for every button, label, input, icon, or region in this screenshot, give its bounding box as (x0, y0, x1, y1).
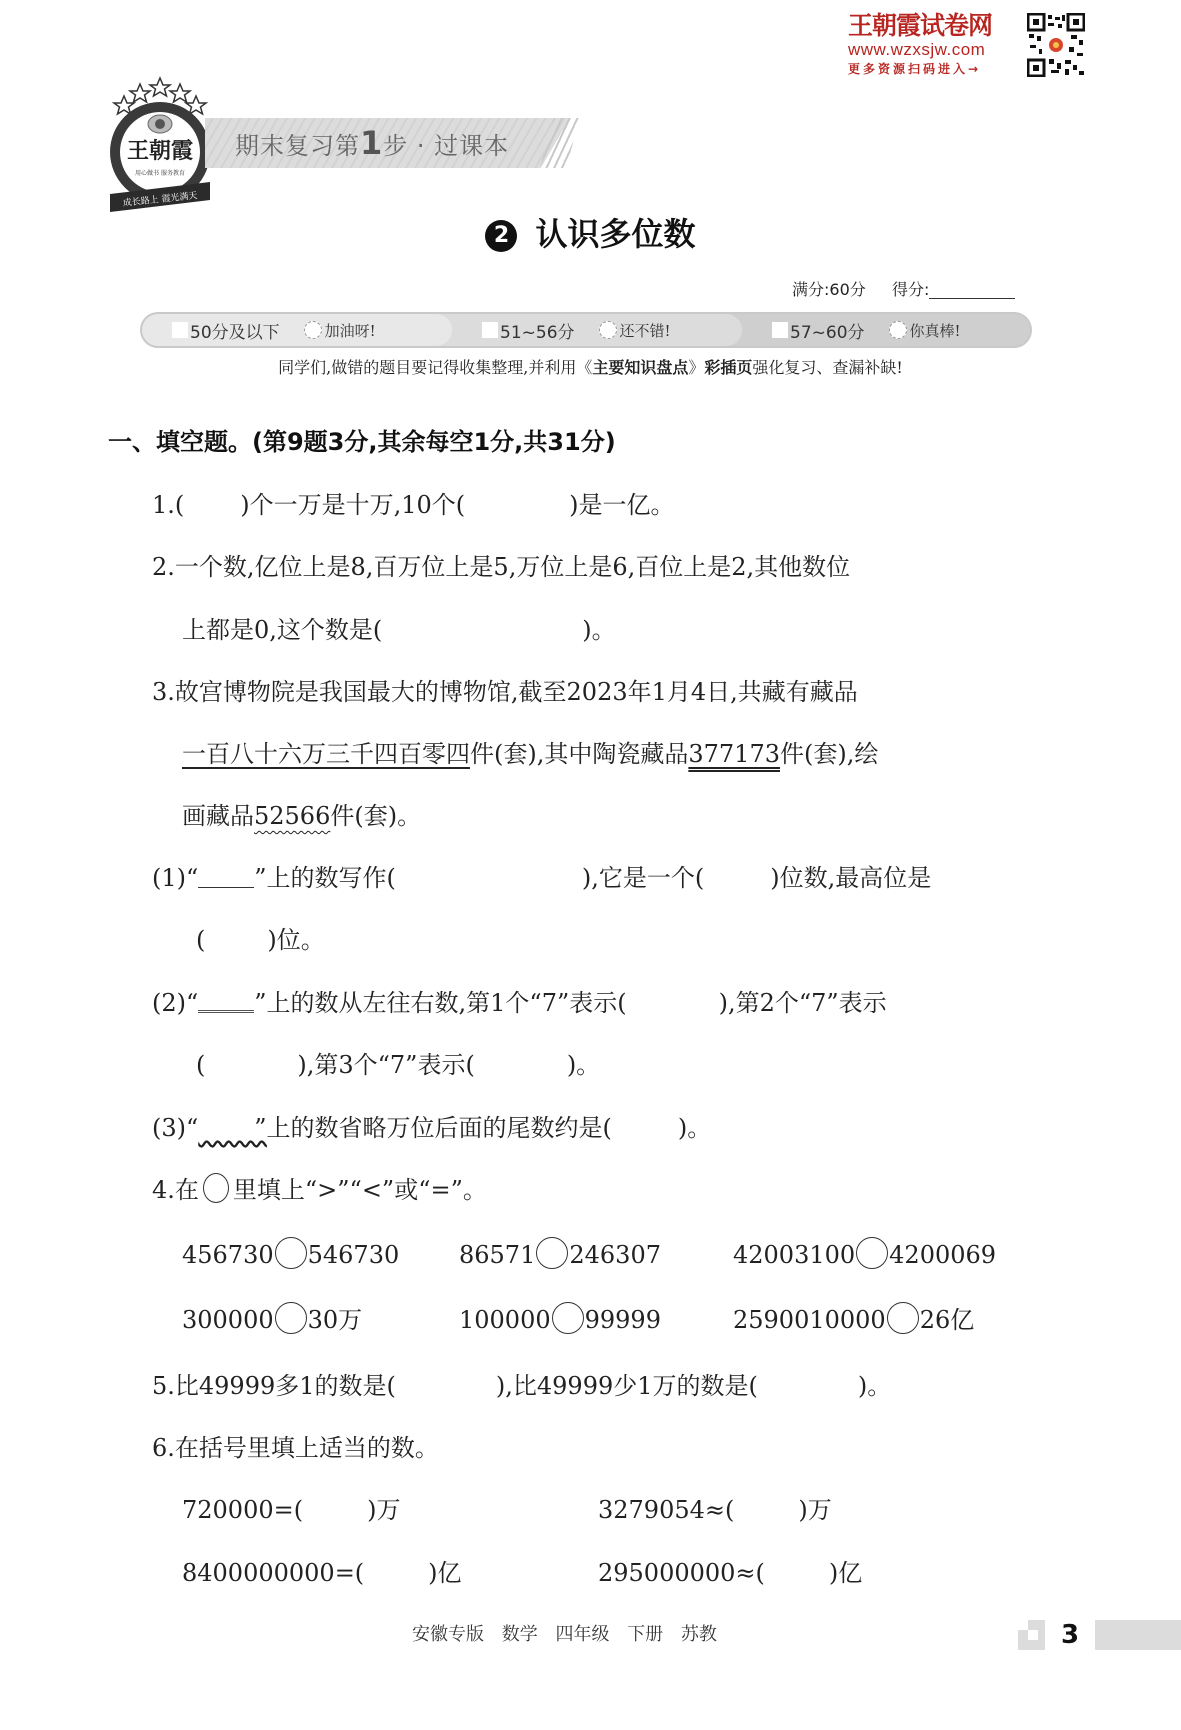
fill-item: 720000=()万 (182, 1491, 400, 1529)
double-underlined-number: 377173 (688, 740, 780, 768)
review-note: 同学们,做错的题目要记得收集整理,并利用《主要知识盘点》彩插页强化复习、查漏补缺… (0, 356, 1181, 380)
question-3-line3: 画藏品52566件(套)。 (182, 797, 421, 835)
section-heading: 一、填空题。(第9题3分,其余每空1分,共31分) (108, 423, 616, 461)
score-rating-bar: 50分及以下 加油呀! 51~56分 还不错! 57~60分 你真棒! (140, 312, 1032, 348)
brand-title: 王朝霞试卷网 (848, 12, 1024, 40)
circle-symbol-icon (203, 1173, 229, 1203)
double-underline-marker (198, 988, 254, 1013)
question-4: 4.在里填上“>”“<”或“=”。 (152, 1171, 487, 1209)
checkbox[interactable] (772, 322, 788, 338)
underlined-number-text: 一百八十六万三千四百零四 (182, 740, 470, 768)
question-3-sub3: (3)“​ ”上的数省略万位后面的尾数约是()。 (152, 1109, 711, 1147)
question-3-line2: 一百八十六万三千四百零四件(套),其中陶瓷藏品377173件(套),绘 (182, 735, 878, 773)
got-score-label: 得分: (892, 280, 929, 299)
decor-square (1028, 1630, 1038, 1640)
compare-circle[interactable] (552, 1302, 584, 1334)
question-5: 5.比49999多1的数是(),比49999少1万的数是()。 (152, 1367, 891, 1405)
fill-item: 3279054≈()万 (598, 1491, 832, 1529)
wavy-underline-marker: ​ (198, 1111, 254, 1135)
publisher-logo: 王朝霞 用心做书 服务教育 成长路上 霞光满天 (104, 74, 216, 214)
question-2-line2: 上都是0,这个数是()。 (182, 611, 616, 649)
page-title: 2认识多位数 (0, 212, 1181, 256)
question-3-sub1-cont: ()位。 (196, 921, 325, 959)
compare-item: 456730546730 (182, 1236, 399, 1274)
page-number: 3 (1045, 1618, 1095, 1652)
compare-circle[interactable] (856, 1237, 888, 1269)
title-text: 认识多位数 (535, 215, 695, 253)
page-number-tab (1018, 1620, 1181, 1650)
svg-text:用心做书 服务教育: 用心做书 服务教育 (135, 169, 185, 177)
rating-segment-high: 57~60分 你真棒! (742, 314, 1030, 346)
checkbox[interactable] (172, 322, 188, 338)
smile-face-icon (599, 321, 617, 339)
brand-block: 王朝霞试卷网 www.wzxsjw.com 更多资源扫码进入→ (848, 12, 1024, 78)
compare-item: 10000099999 (459, 1301, 661, 1339)
question-3-line1: 3.故宫博物院是我国最大的博物馆,截至2023年1月4日,共藏有藏品 (152, 673, 858, 711)
question-3-sub2: (2)“”上的数从左往右数,第1个“7”表示(),第2个“7”表示 (152, 984, 887, 1022)
fill-item: 8400000000=()亿 (182, 1554, 462, 1592)
compare-item: 30000030万 (182, 1301, 362, 1339)
brand-more-text: 更多资源扫码进入→ (848, 60, 1024, 78)
compare-circle[interactable] (887, 1302, 919, 1334)
decor-square (1018, 1620, 1028, 1630)
rating-segment-mid: 51~56分 还不错! (432, 314, 742, 346)
full-score-label: 满分:60分 (792, 280, 866, 299)
question-6: 6.在括号里填上适当的数。 (152, 1429, 439, 1467)
compare-circle[interactable] (536, 1237, 568, 1269)
wavy-underlined-number: 52566 (254, 802, 330, 830)
banner-suffix: 步 · 过课本 (383, 132, 509, 160)
brand-url[interactable]: www.wzxsjw.com (848, 40, 1024, 60)
svg-text:王朝霞: 王朝霞 (127, 138, 193, 164)
title-number-badge: 2 (485, 220, 517, 252)
rating-segment-low: 50分及以下 加油呀! (142, 314, 452, 346)
happy-face-icon (889, 321, 907, 339)
question-3-sub2-cont: (),第3个“7”表示()。 (196, 1046, 600, 1084)
banner-prefix: 期末复习第 (235, 132, 360, 160)
compare-item: 259001000026亿 (733, 1301, 974, 1339)
checkbox[interactable] (482, 322, 498, 338)
cheer-face-icon (304, 321, 322, 339)
score-line: 满分:60分 得分: (792, 278, 1015, 302)
question-1: 1.()个一万是十万,10个()是一亿。 (152, 486, 675, 524)
qr-code-icon[interactable] (1027, 13, 1085, 77)
question-2-line1: 2.一个数,亿位上是8,百万位上是5,万位上是6,百位上是2,其他数位 (152, 548, 850, 586)
single-underline-marker (198, 863, 254, 888)
footer-edition: 安徽专版 数学 四年级 下册 苏教 (412, 1622, 717, 1648)
compare-circle[interactable] (275, 1237, 307, 1269)
compare-item: 86571246307 (459, 1236, 661, 1274)
score-blank[interactable] (929, 280, 1015, 299)
question-3-sub1: (1)“”上的数写作(),它是一个()位数,最高位是 (152, 859, 931, 897)
compare-circle[interactable] (275, 1302, 307, 1334)
banner-text: 期末复习第1步 · 过课本 (235, 124, 509, 165)
banner-step: 1 (360, 124, 383, 162)
compare-item: 420031004200069 (733, 1236, 996, 1274)
fill-item: 295000000≈()亿 (598, 1554, 862, 1592)
